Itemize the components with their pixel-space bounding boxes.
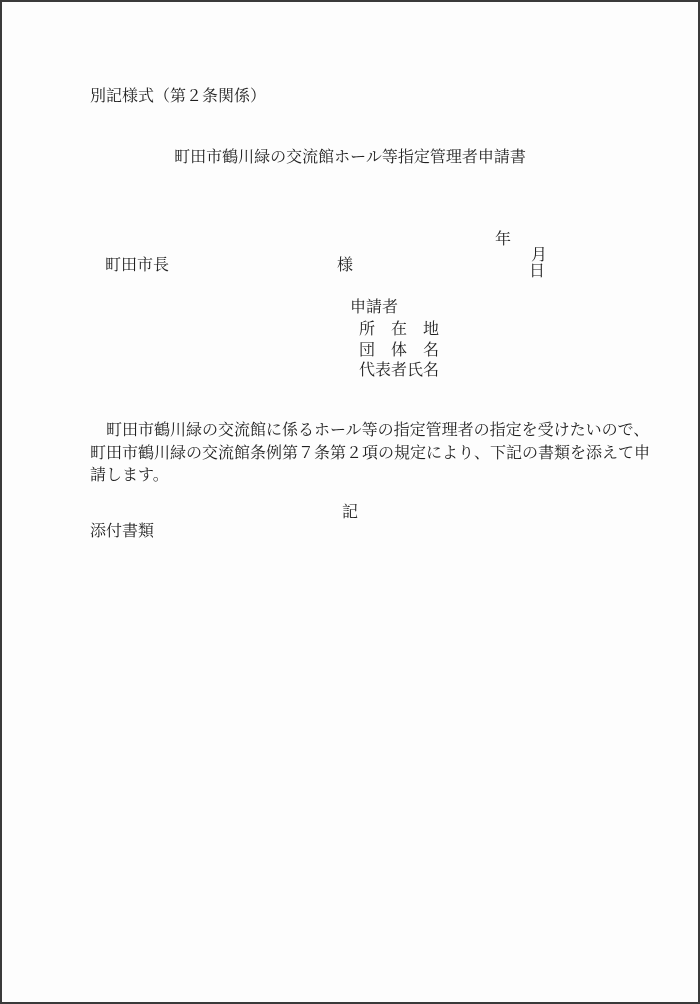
applicant-address-label: 所 在 地 [359,322,439,338]
body-line: 町田市鶴川緑の交流館に係るホール等の指定管理者の指定を受けたいので、 [90,423,649,439]
applicant-heading: 申請者 [350,300,398,316]
applicant-representative-label: 代表者氏名 [359,363,439,379]
date-month-label: 月 [531,248,547,264]
date-day-label: 日 [529,264,545,280]
body-line: 町田市鶴川緑の交流館条例第７条第２項の規定により、下記の書類を添えて申 [90,446,650,462]
doc-label: 別記様式（第２条関係） [90,89,266,105]
date-line: 年 月 日 [479,216,547,296]
date-year-label: 年 [495,232,511,248]
document-page: 別記様式（第２条関係） 町田市鶴川緑の交流館ホール等指定管理者申請書 年 月 日… [0,0,700,1004]
note-marker: 記 [2,505,698,521]
attachments-label: 添付書類 [90,524,154,540]
form-title: 町田市鶴川緑の交流館ホール等指定管理者申請書 [2,150,698,166]
applicant-organization-label: 団 体 名 [359,343,439,359]
honorific: 様 [337,258,353,274]
addressee: 町田市長 [105,258,169,274]
body-line: 請します。 [90,468,169,484]
